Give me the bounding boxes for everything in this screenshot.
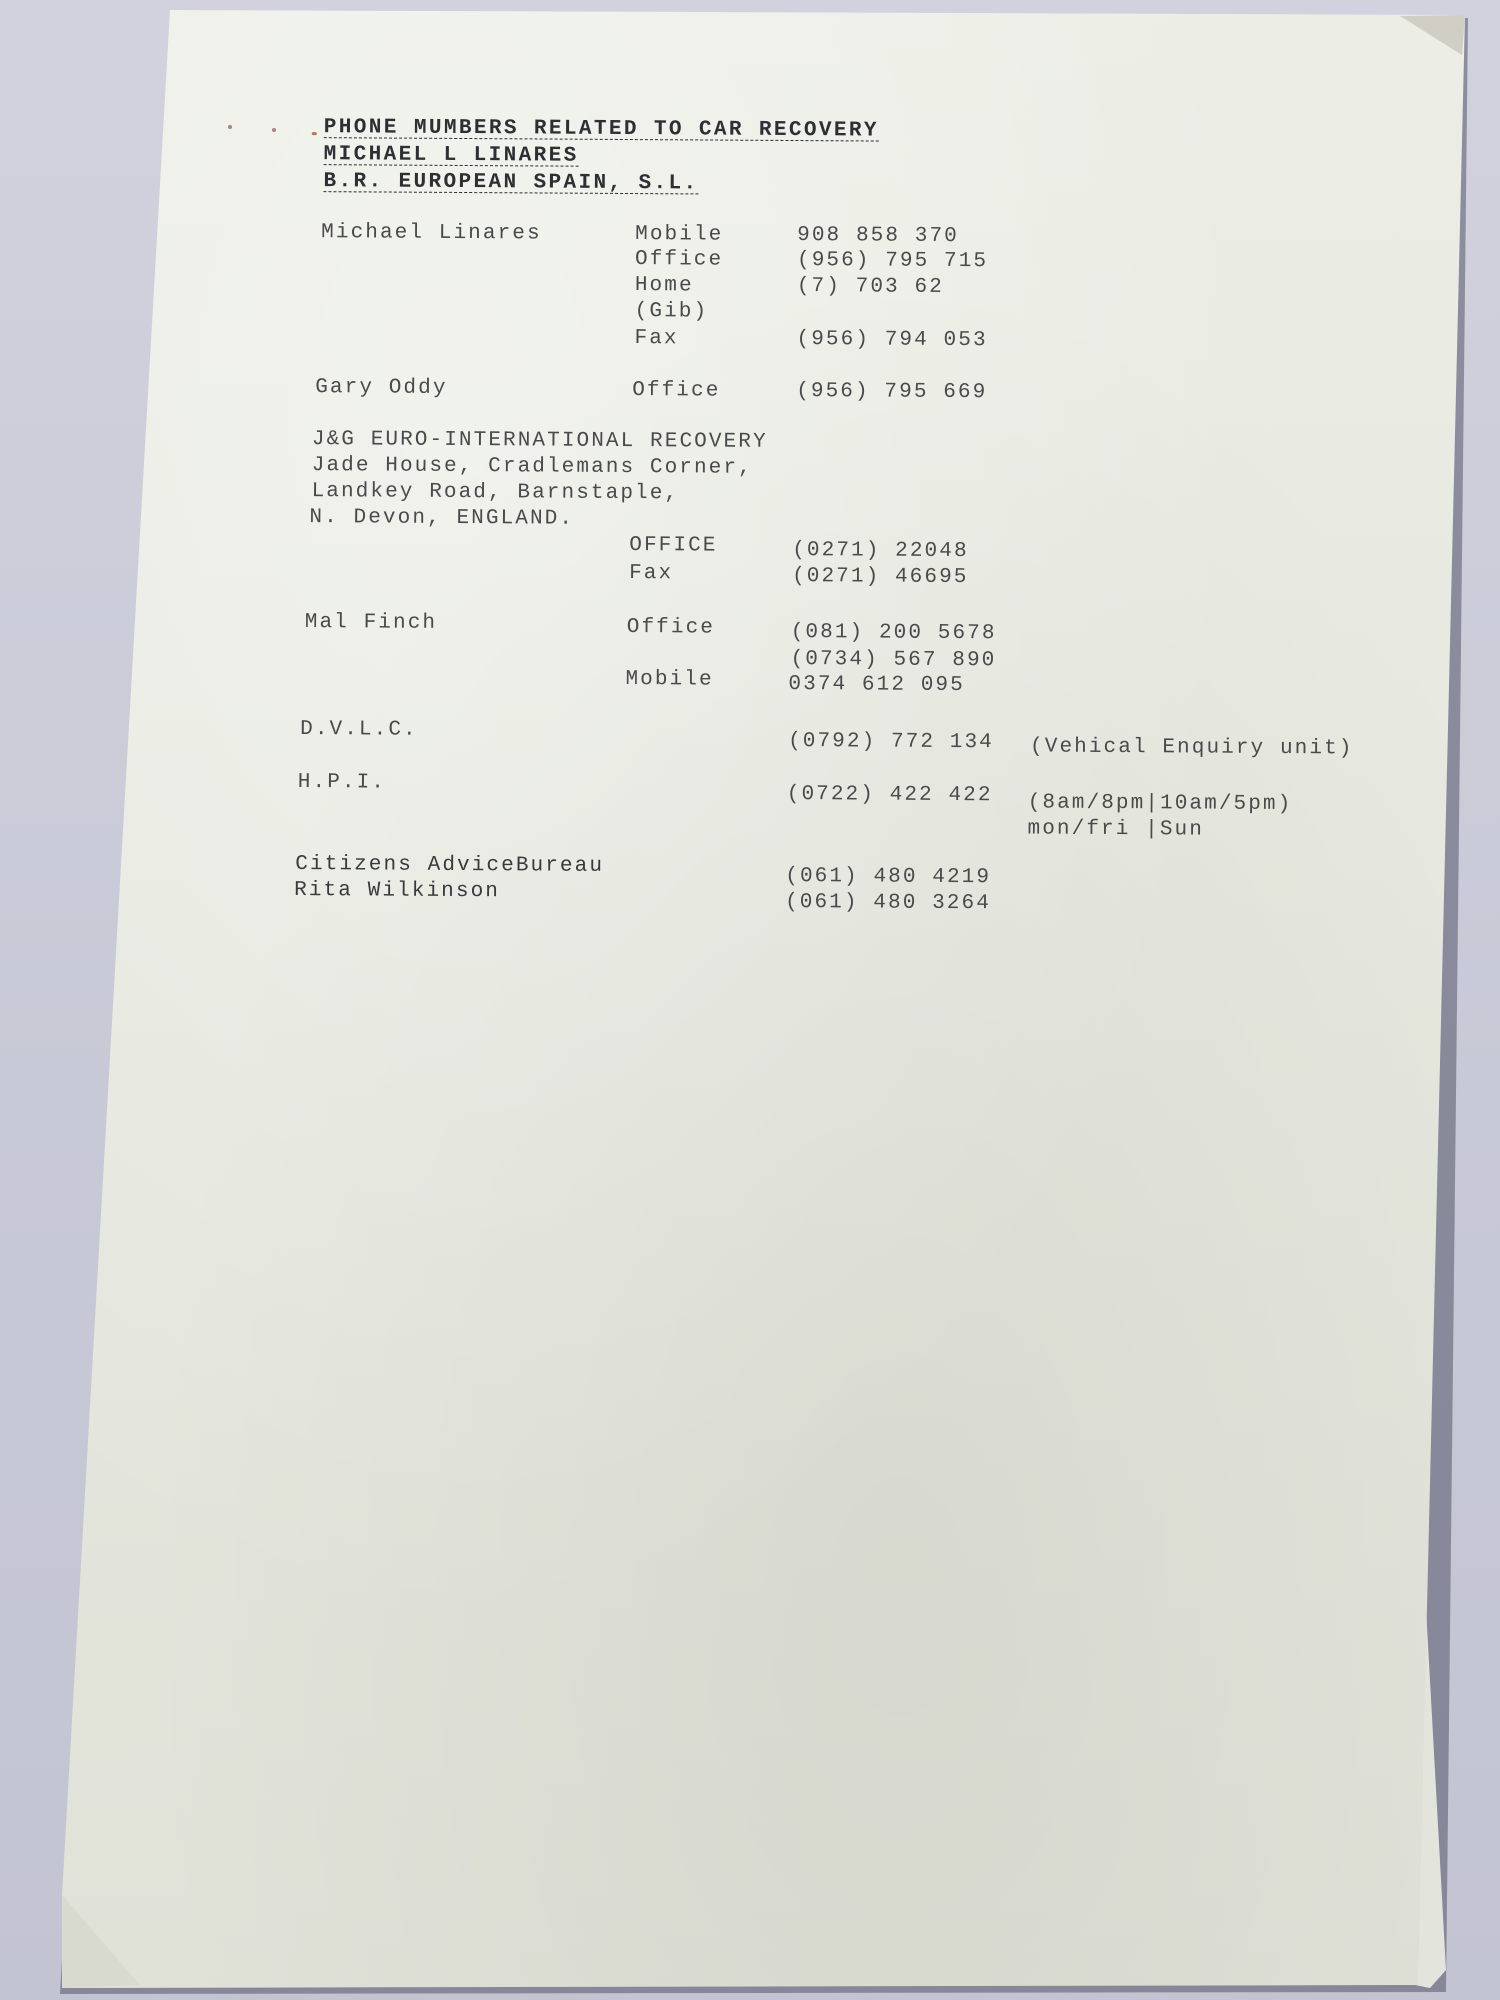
typed-document: PHONE MUMBERS RELATED TO CAR RECOVERY MI… — [0, 0, 1500, 2000]
phone-label: Mobile — [635, 223, 723, 248]
phone-label: Home — [635, 274, 694, 298]
contact-name: Rita Wilkinson — [294, 879, 500, 904]
phone-label: OFFICE — [629, 534, 717, 559]
contact-name: D.V.L.C. — [300, 718, 418, 743]
contact-name: Michael Linares — [321, 221, 542, 246]
contact-name: Gary Oddy — [315, 376, 447, 401]
phone-number: (0271) 22048 — [792, 539, 969, 564]
phone-number: (061) 480 4219 — [785, 865, 991, 890]
address-line: Jade House, Cradlemans Corner, — [312, 454, 753, 481]
document-owner-name: MICHAEL L LINARES — [324, 143, 579, 169]
phone-number: (081) 200 5678 — [791, 621, 997, 646]
phone-number: 908 858 370 — [797, 224, 959, 249]
phone-number: (061) 480 3264 — [785, 891, 991, 916]
phone-number: (0734) 567 890 — [791, 648, 997, 673]
phone-label: Fax — [629, 562, 673, 586]
phone-number: 0374 612 095 — [788, 673, 965, 698]
phone-number: (0271) 46695 — [792, 565, 969, 590]
opening-hours: (8am/8pm|10am/5pm) — [1028, 791, 1293, 817]
phone-number: (956) 794 053 — [796, 328, 987, 353]
phone-label: Office — [635, 248, 723, 273]
phone-label: (Gib) — [635, 300, 709, 324]
contact-name: Citizens AdviceBureau — [295, 853, 604, 879]
margin-mark — [312, 132, 317, 135]
phone-number: (956) 795 669 — [796, 380, 987, 405]
company-name: J&G EURO-INTERNATIONAL RECOVERY — [312, 428, 768, 455]
phone-number: (7) 703 62 — [797, 275, 944, 300]
phone-label: Fax — [634, 327, 678, 351]
phone-label: Office — [627, 616, 715, 641]
phone-number: (0722) 422 422 — [787, 783, 993, 808]
contact-name: H.P.I. — [298, 771, 386, 796]
phone-number: (956) 795 715 — [797, 249, 988, 274]
phone-note: (Vehical Enquiry unit) — [1030, 735, 1354, 761]
phone-label: Office — [632, 379, 720, 404]
opening-days: mon/fri |Sun — [1027, 817, 1204, 842]
address-line: N. Devon, ENGLAND. — [309, 506, 574, 532]
contact-name: Mal Finch — [305, 611, 437, 636]
document-company: B.R. EUROPEAN SPAIN, S.L. — [323, 170, 698, 196]
document-title: PHONE MUMBERS RELATED TO CAR RECOVERY — [324, 116, 879, 143]
phone-label: Mobile — [625, 668, 713, 693]
phone-number: (0792) 772 134 — [788, 730, 994, 755]
address-line: Landkey Road, Barnstaple, — [312, 480, 680, 506]
